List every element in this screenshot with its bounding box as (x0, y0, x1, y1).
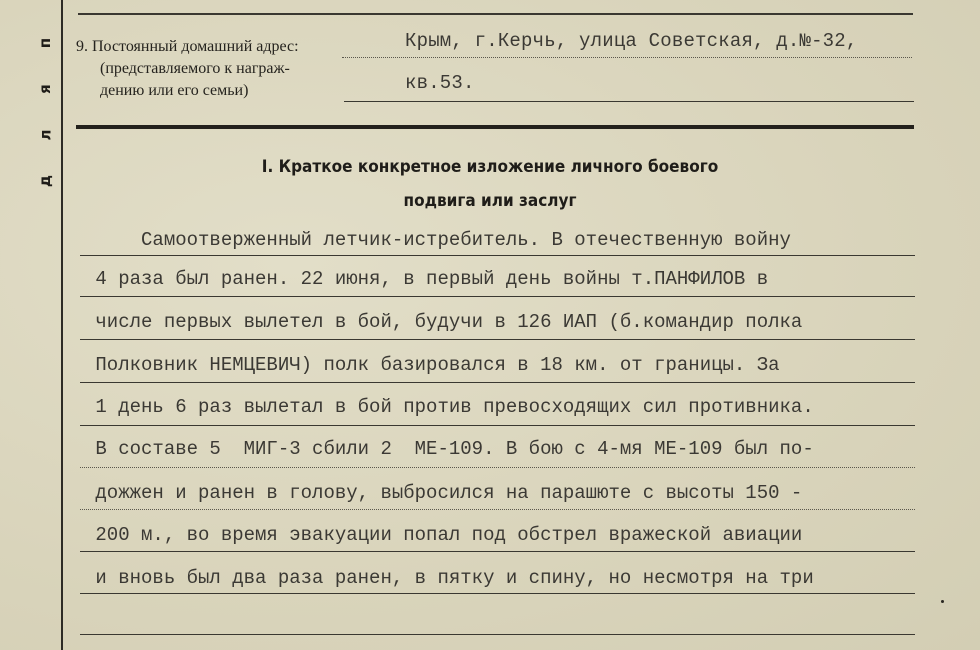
field-9-label: 9. Постоянный домашний адрес: (76, 36, 299, 57)
narrative-line: В составе 5 МИГ-3 сбили 2 МЕ-109. В бою … (84, 438, 914, 460)
address-underline (344, 101, 914, 102)
narrative-line: числе первых вылетел в бой, будучи в 126… (84, 311, 914, 333)
address-value-line-2: кв.53. (405, 72, 475, 94)
narrative-line: и вновь был два раза ранен, в пятку и сп… (84, 567, 914, 589)
narrative-line: дожжен и ранен в голову, выбросился на п… (84, 482, 914, 504)
narrative-line: Полковник НЕМЦЕВИЧ) полк базировался в 1… (84, 354, 914, 376)
margin-rule (61, 0, 63, 650)
line-rule (80, 296, 915, 297)
narrative-line: Самоотверженный летчик-истребитель. В от… (84, 229, 914, 251)
section-heading: I. Краткое конкретное изложение личного … (49, 157, 931, 177)
narrative-line: 200 м., во время эвакуации попал под обс… (84, 524, 914, 546)
address-dotted-line (342, 57, 912, 58)
line-rule (80, 425, 915, 426)
field-9-sublabel-2: дению или его семьи) (100, 80, 248, 101)
left-margin: п я л д (0, 0, 62, 650)
top-rule (78, 13, 913, 15)
line-rule (80, 255, 915, 256)
line-rule (80, 593, 915, 594)
section-separator (76, 125, 914, 129)
line-rule (80, 551, 915, 552)
field-9-sublabel: (представляемого к награж- (100, 58, 290, 79)
address-value-line-1: Крым, г.Керчь, улица Советская, д.№-32, (405, 30, 857, 52)
section-heading-2: подвига или заслуг (49, 191, 931, 211)
line-rule (80, 634, 915, 635)
line-rule (80, 339, 915, 340)
narrative-line: 4 раза был ранен. 22 июня, в первый день… (84, 268, 914, 290)
ink-speck (941, 600, 944, 603)
line-rule (80, 382, 915, 383)
narrative-line: 1 день 6 раз вылетал в бой против превос… (84, 396, 914, 418)
line-rule (80, 467, 915, 468)
line-rule (80, 509, 915, 510)
